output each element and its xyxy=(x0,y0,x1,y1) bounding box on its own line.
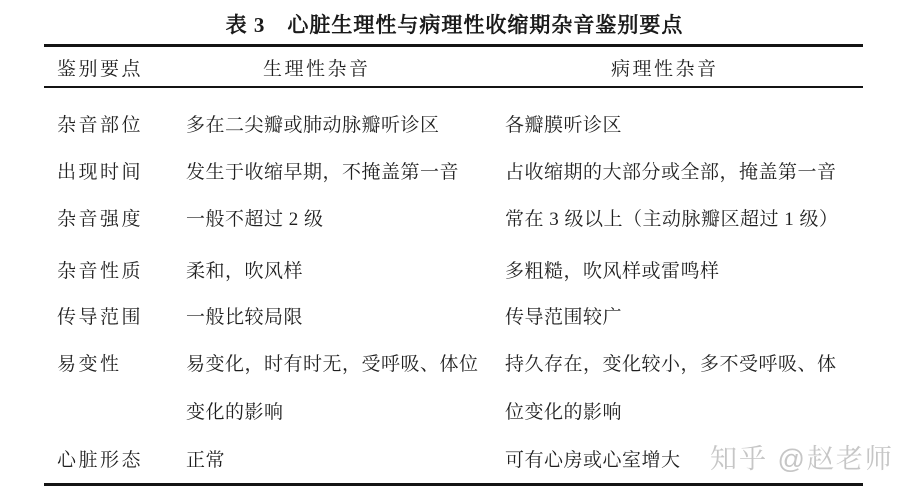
pathologic-cell: 常在 3 级以上（主动脉瓣区超过 1 级） xyxy=(505,196,863,244)
row-label: 出现时间 xyxy=(57,149,186,197)
row-label: 杂音部位 xyxy=(57,102,186,150)
pathologic-cell: 多粗糙，吹风样或雷鸣样 xyxy=(505,248,863,296)
table-row: 杂音部位 多在二尖瓣或肺动脉瓣听诊区 各瓣膜听诊区 xyxy=(44,102,863,150)
row-label: 杂音性质 xyxy=(57,248,186,296)
pathologic-cell: 各瓣膜听诊区 xyxy=(505,102,863,150)
header-physiologic-murmur: 生理性杂音 xyxy=(263,56,371,84)
zhihu-watermark: 知乎 @赵老师 xyxy=(710,443,894,475)
table-row: 出现时间 发生于收缩早期，不掩盖第一音 占收缩期的大部分或全部，掩盖第一音 xyxy=(44,149,863,197)
table-header-row: 鉴别要点 生理性杂音 病理性杂音 xyxy=(44,56,863,84)
row-label: 杂音强度 xyxy=(57,196,186,244)
table-row: 杂音强度 一般不超过 2 级 常在 3 级以上（主动脉瓣区超过 1 级） xyxy=(44,196,863,244)
physiologic-cell: 多在二尖瓣或肺动脉瓣听诊区 xyxy=(186,102,505,150)
row-label: 传导范围 xyxy=(57,294,186,342)
pathologic-cell: 传导范围较广 xyxy=(505,294,863,342)
table-header-rule xyxy=(44,86,863,88)
physiologic-cell: 一般不超过 2 级 xyxy=(186,196,505,244)
physiologic-cell: 易变化，时有时无，受呼吸、体位 变化的影响 xyxy=(186,341,505,437)
table-top-rule xyxy=(44,44,863,47)
table-title: 表 3 心脏生理性与病理性收缩期杂音鉴别要点 xyxy=(0,12,909,38)
header-criteria: 鉴别要点 xyxy=(57,56,143,84)
physiologic-cell: 一般比较局限 xyxy=(186,294,505,342)
pathologic-cell: 持久存在，变化较小，多不受呼吸、体 位变化的影响 xyxy=(505,341,863,437)
document-page: 表 3 心脏生理性与病理性收缩期杂音鉴别要点 鉴别要点 生理性杂音 病理性杂音 … xyxy=(0,0,909,500)
table-row: 杂音性质 柔和，吹风样 多粗糙，吹风样或雷鸣样 xyxy=(44,248,863,296)
pathologic-cell: 占收缩期的大部分或全部，掩盖第一音 xyxy=(505,149,863,197)
physiologic-cell: 正常 xyxy=(186,437,505,485)
row-label: 易变性 xyxy=(57,341,186,437)
table-row: 传导范围 一般比较局限 传导范围较广 xyxy=(44,294,863,342)
table-bottom-rule xyxy=(44,483,863,486)
physiologic-cell: 柔和，吹风样 xyxy=(186,248,505,296)
physiologic-cell: 发生于收缩早期，不掩盖第一音 xyxy=(186,149,505,197)
row-label: 心脏形态 xyxy=(57,437,186,485)
table-row: 易变性 易变化，时有时无，受呼吸、体位 变化的影响 持久存在，变化较小，多不受呼… xyxy=(44,341,863,437)
header-pathologic-murmur: 病理性杂音 xyxy=(611,56,719,84)
